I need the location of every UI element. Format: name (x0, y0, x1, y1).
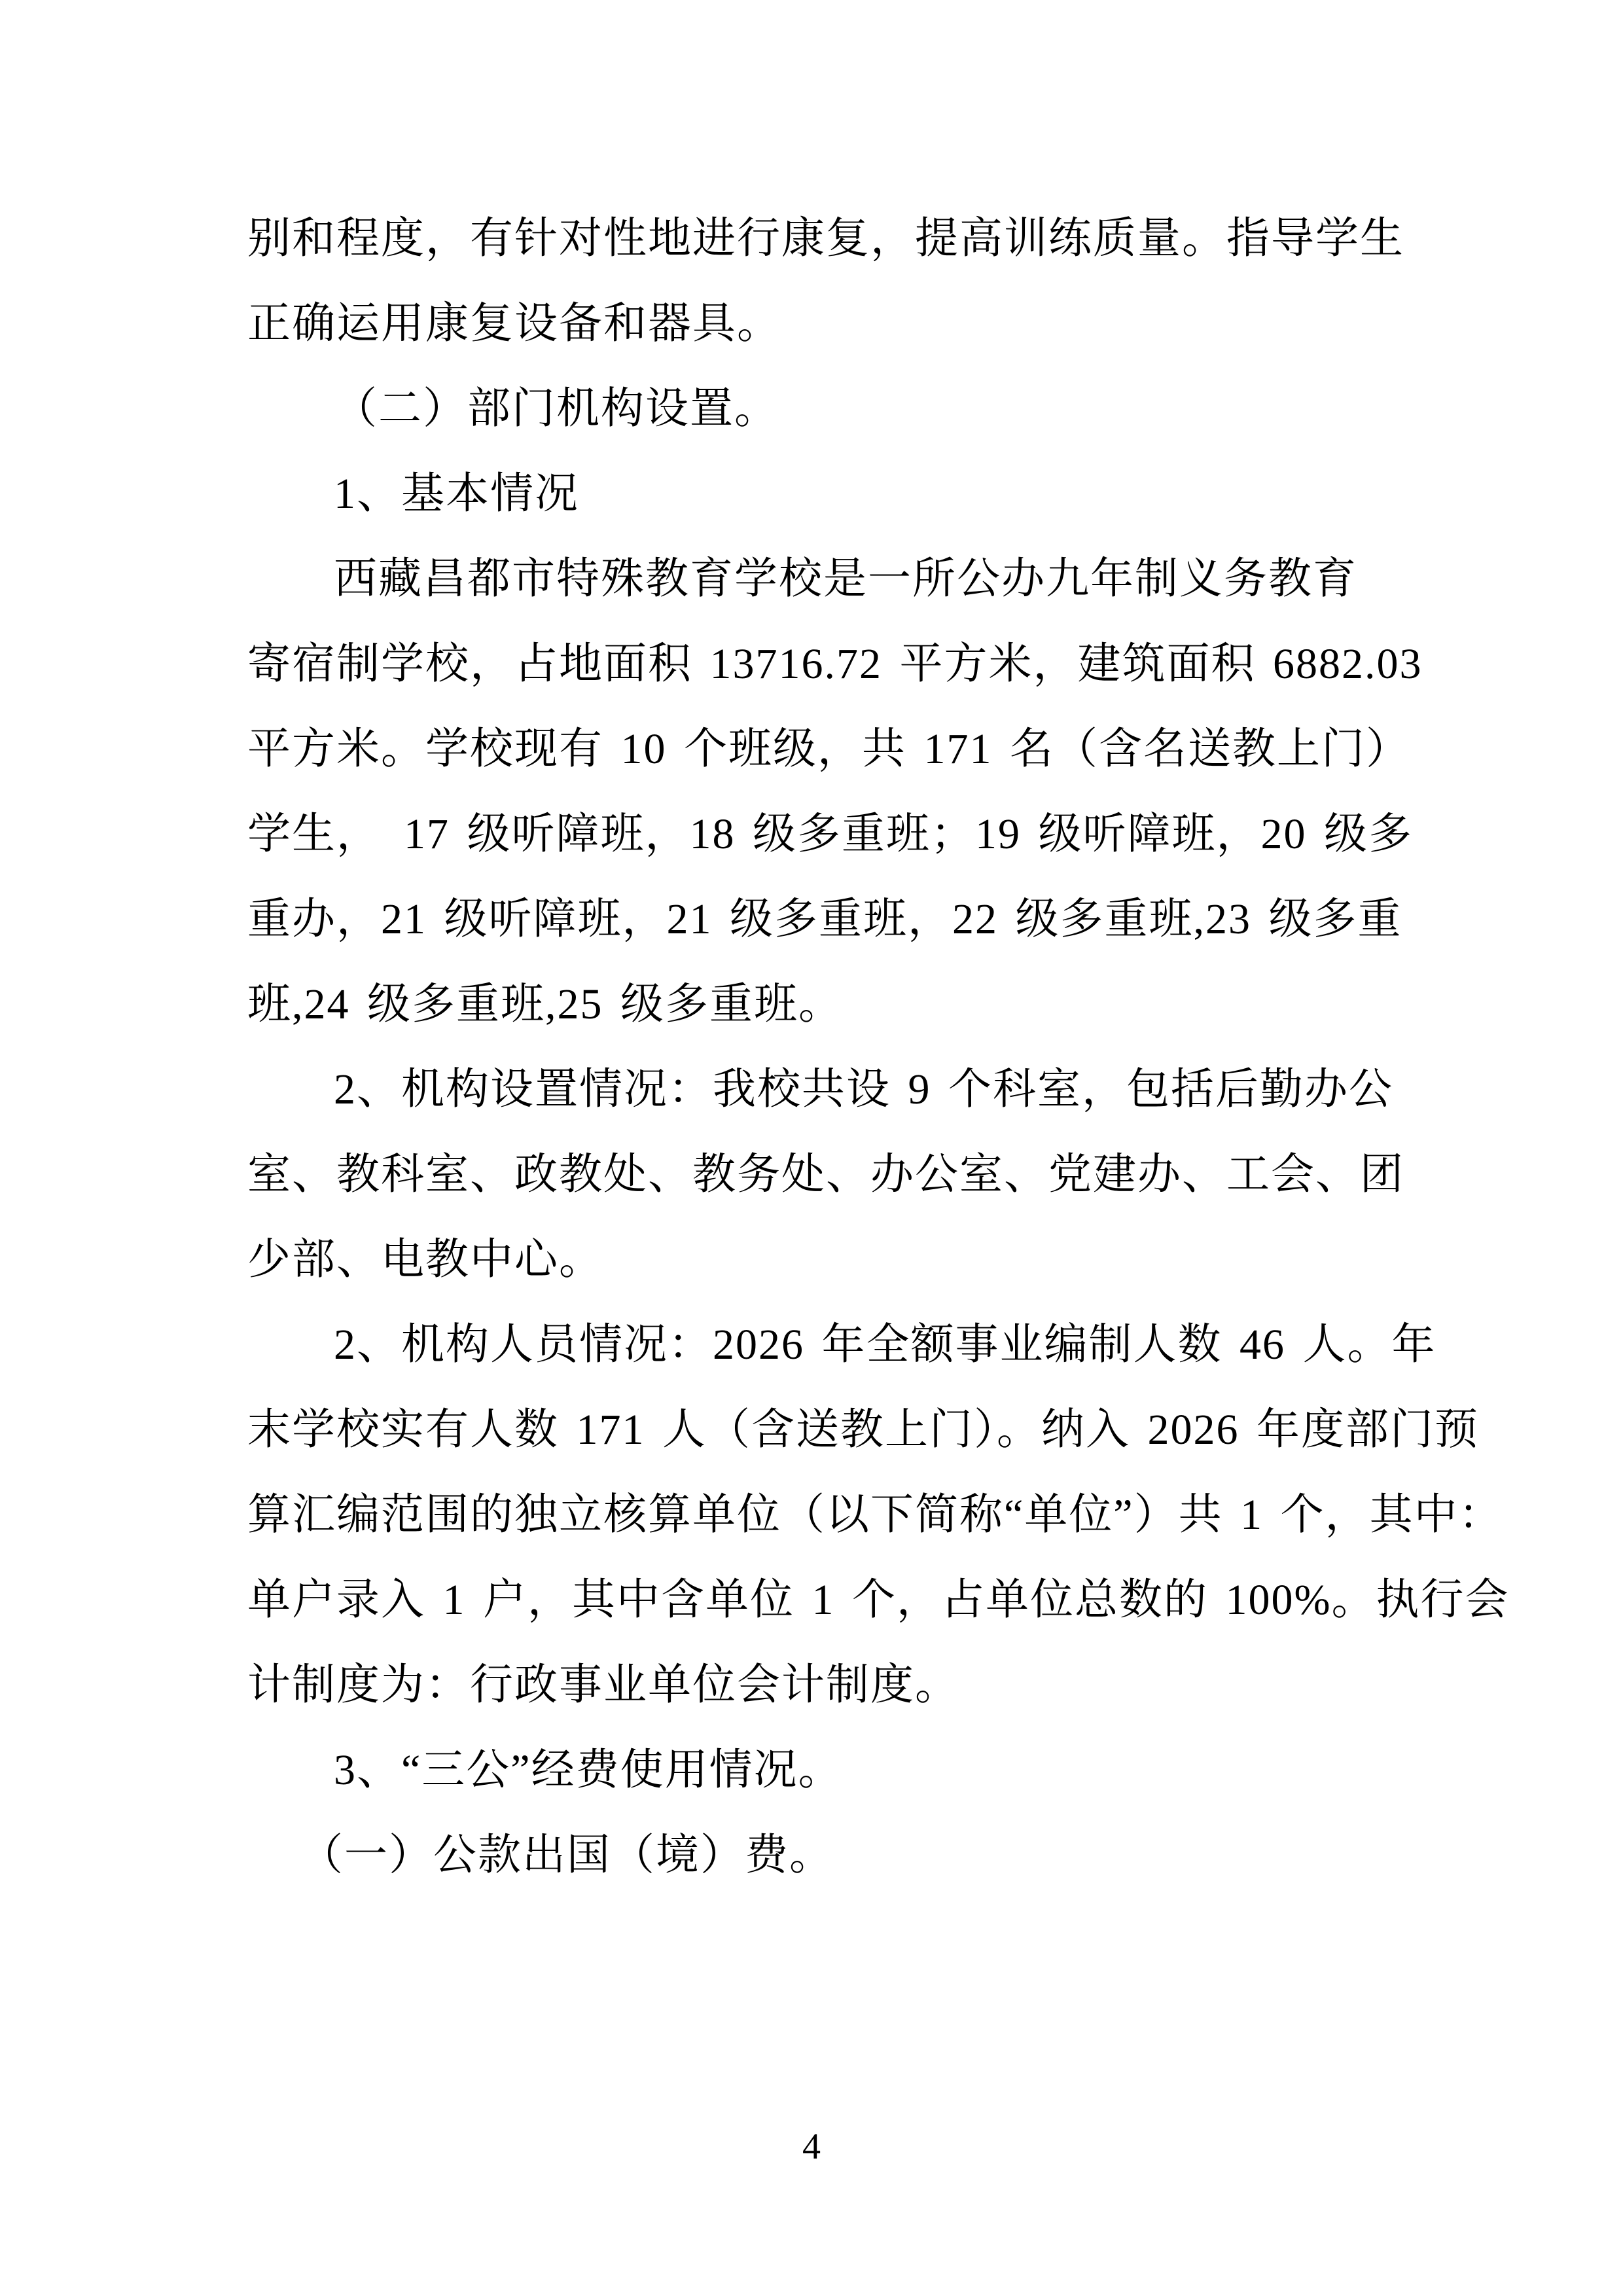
text-line: （一）公款出国（境）费。 (247, 1813, 1425, 1898)
text-line: 寄宿制学校，占地面积 13716.72 平方米，建筑面积 6882.03 (247, 622, 1425, 707)
text-line: 1、基本情况 (247, 452, 1425, 537)
text-line: 别和程度，有针对性地进行康复，提高训练质量。指导学生 (247, 196, 1425, 281)
text-line: 室、教科室、政教处、教务处、办公室、党建办、工会、团 (247, 1132, 1425, 1217)
text-line: 2、机构设置情况：我校共设 9 个科室，包括后勤办公 (247, 1047, 1425, 1132)
text-line: 算汇编范围的独立核算单位（以下简称“单位”）共 1 个，其中： (247, 1473, 1425, 1558)
text-line: 班,24 级多重班,25 级多重班。 (247, 962, 1425, 1047)
text-line: 单户录入 1 户，其中含单位 1 个，占单位总数的 100%。执行会 (247, 1558, 1425, 1643)
text-line: 正确运用康复设备和器具。 (247, 281, 1425, 367)
text-line: 平方米。学校现有 10 个班级，共 171 名（含名送教上门） (247, 707, 1425, 792)
text-line: 学生， 17 级听障班，18 级多重班；19 级听障班，20 级多 (247, 792, 1425, 877)
text-line: 3、“三公”经费使用情况。 (247, 1728, 1425, 1813)
text-line: 西藏昌都市特殊教育学校是一所公办九年制义务教育 (247, 537, 1425, 622)
text-line: 重办，21 级听障班，21 级多重班，22 级多重班,23 级多重 (247, 877, 1425, 962)
text-line: 2、机构人员情况：2026 年全额事业编制人数 46 人。年 (247, 1302, 1425, 1388)
text-line: （二）部门机构设置。 (247, 367, 1425, 452)
document-page: 别和程度，有针对性地进行康复，提高训练质量。指导学生正确运用康复设备和器具。（二… (0, 0, 1623, 2296)
text-line: 计制度为：行政事业单位会计制度。 (247, 1643, 1425, 1728)
text-line: 少部、电教中心。 (247, 1217, 1425, 1302)
document-body: 别和程度，有针对性地进行康复，提高训练质量。指导学生正确运用康复设备和器具。（二… (247, 196, 1425, 1898)
text-line: 末学校实有人数 171 人（含送教上门）。纳入 2026 年度部门预 (247, 1388, 1425, 1473)
page-number: 4 (0, 2124, 1623, 2170)
